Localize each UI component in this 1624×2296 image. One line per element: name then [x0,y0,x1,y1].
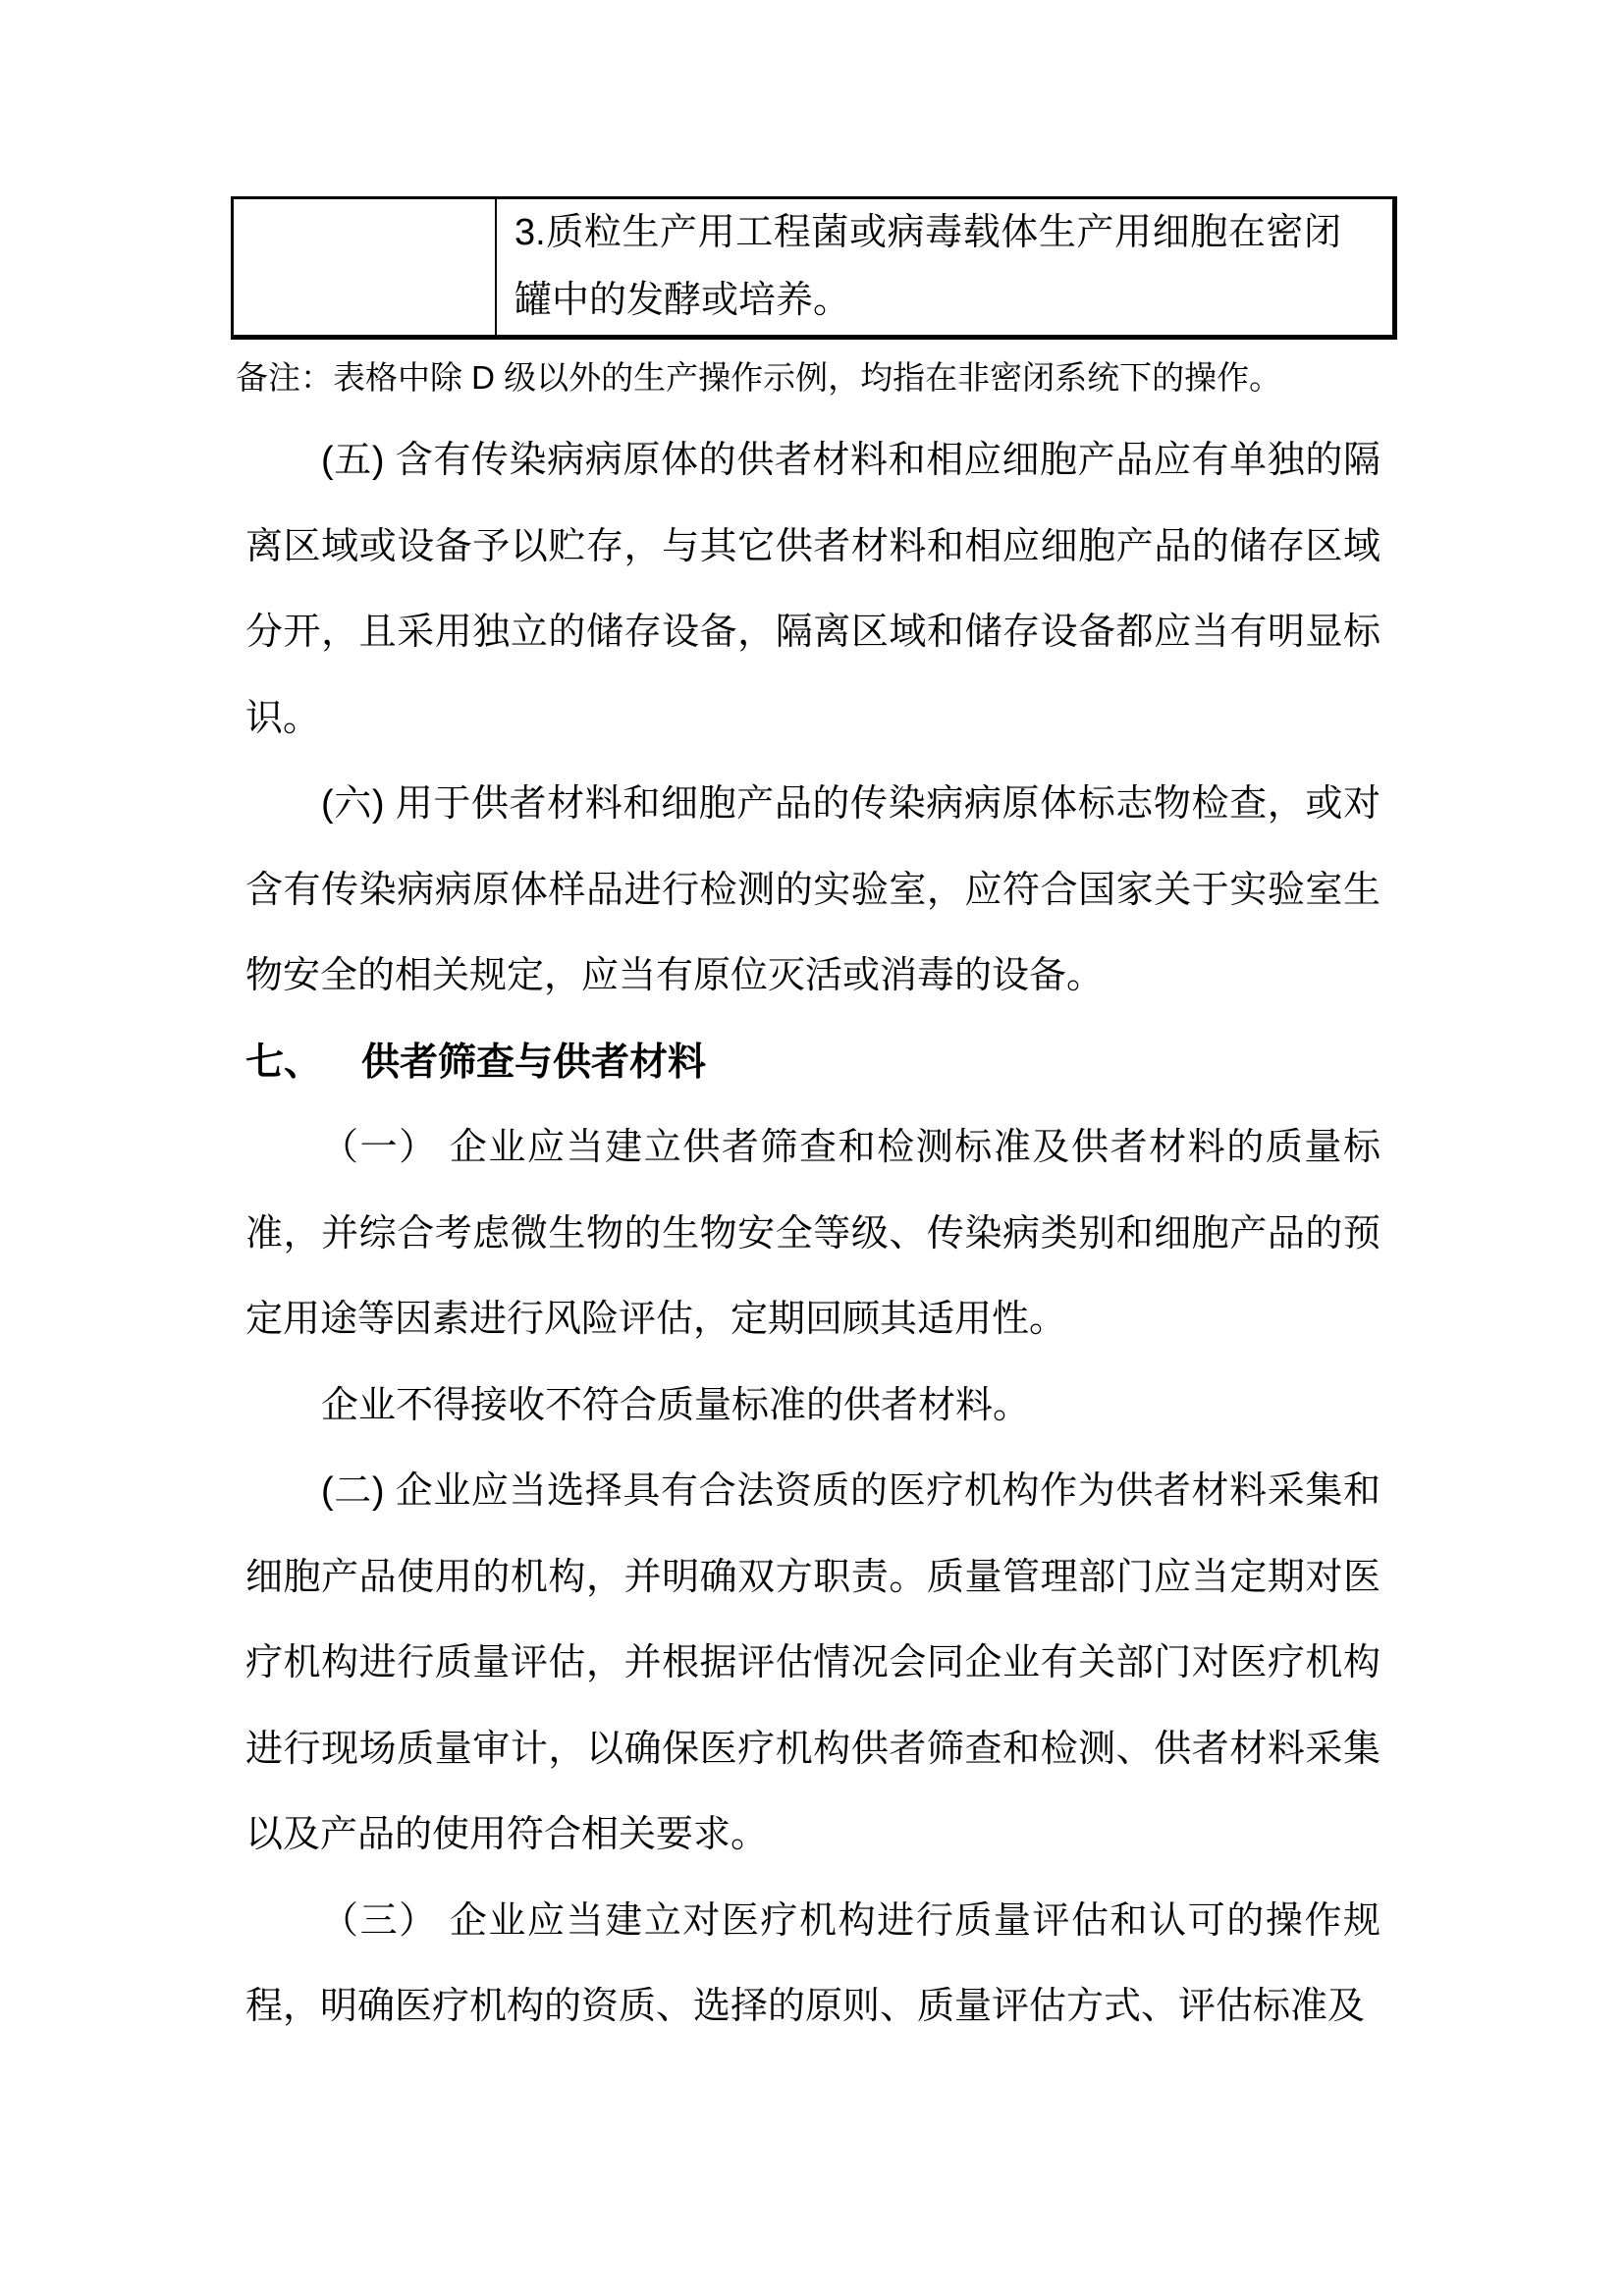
paragraph-item-7-1-supplement: 企业不得接收不符合质量标准的供者材料。 [245,1363,1380,1450]
paragraph-item-7-2: (二) 企业应当选择具有合法资质的医疗机构作为供者材料采集和细胞产品使用的机构，… [245,1449,1380,1879]
section-title: 供者筛查与供者材料 [361,1041,706,1084]
paragraph-item-7-1: （一） 企业应当建立供者筛查和检测标准及供者材料的质量标准，并综合考虑微生物的生… [245,1105,1380,1363]
paragraph-item-5: (五) 含有传染病病原体的供者材料和相应细胞产品应有单独的隔离区域或设备予以贮存… [245,418,1380,762]
section-heading-7: 七、供者筛查与供者材料 [245,1020,1380,1106]
section-number: 七、 [245,1041,322,1084]
document-body: (五) 含有传染病病原体的供者材料和相应细胞产品应有单独的隔离区域或设备予以贮存… [245,418,1380,2051]
table-cell-cleanliness-grade [234,199,497,335]
paragraph-item-7-3: （三） 企业应当建立对医疗机构进行质量评估和认可的操作规程，明确医疗机构的资质、… [245,1879,1380,2051]
table-footnote: 备注：表格中除 D 级以外的生产操作示例，均指在非密闭系统下的操作。 [236,355,1473,400]
production-operation-table: 3.质粒生产用工程菌或病毒载体生产用细胞在密闭罐中的发酵或培养。 [231,196,1397,340]
table-cell-operation-example: 3.质粒生产用工程菌或病毒载体生产用细胞在密闭罐中的发酵或培养。 [497,199,1392,335]
document-page: 3.质粒生产用工程菌或病毒载体生产用细胞在密闭罐中的发酵或培养。 备注：表格中除… [0,0,1624,2296]
paragraph-item-6: (六) 用于供者材料和细胞产品的传染病病原体标志物检查，或对含有传染病病原体样品… [245,762,1380,1020]
